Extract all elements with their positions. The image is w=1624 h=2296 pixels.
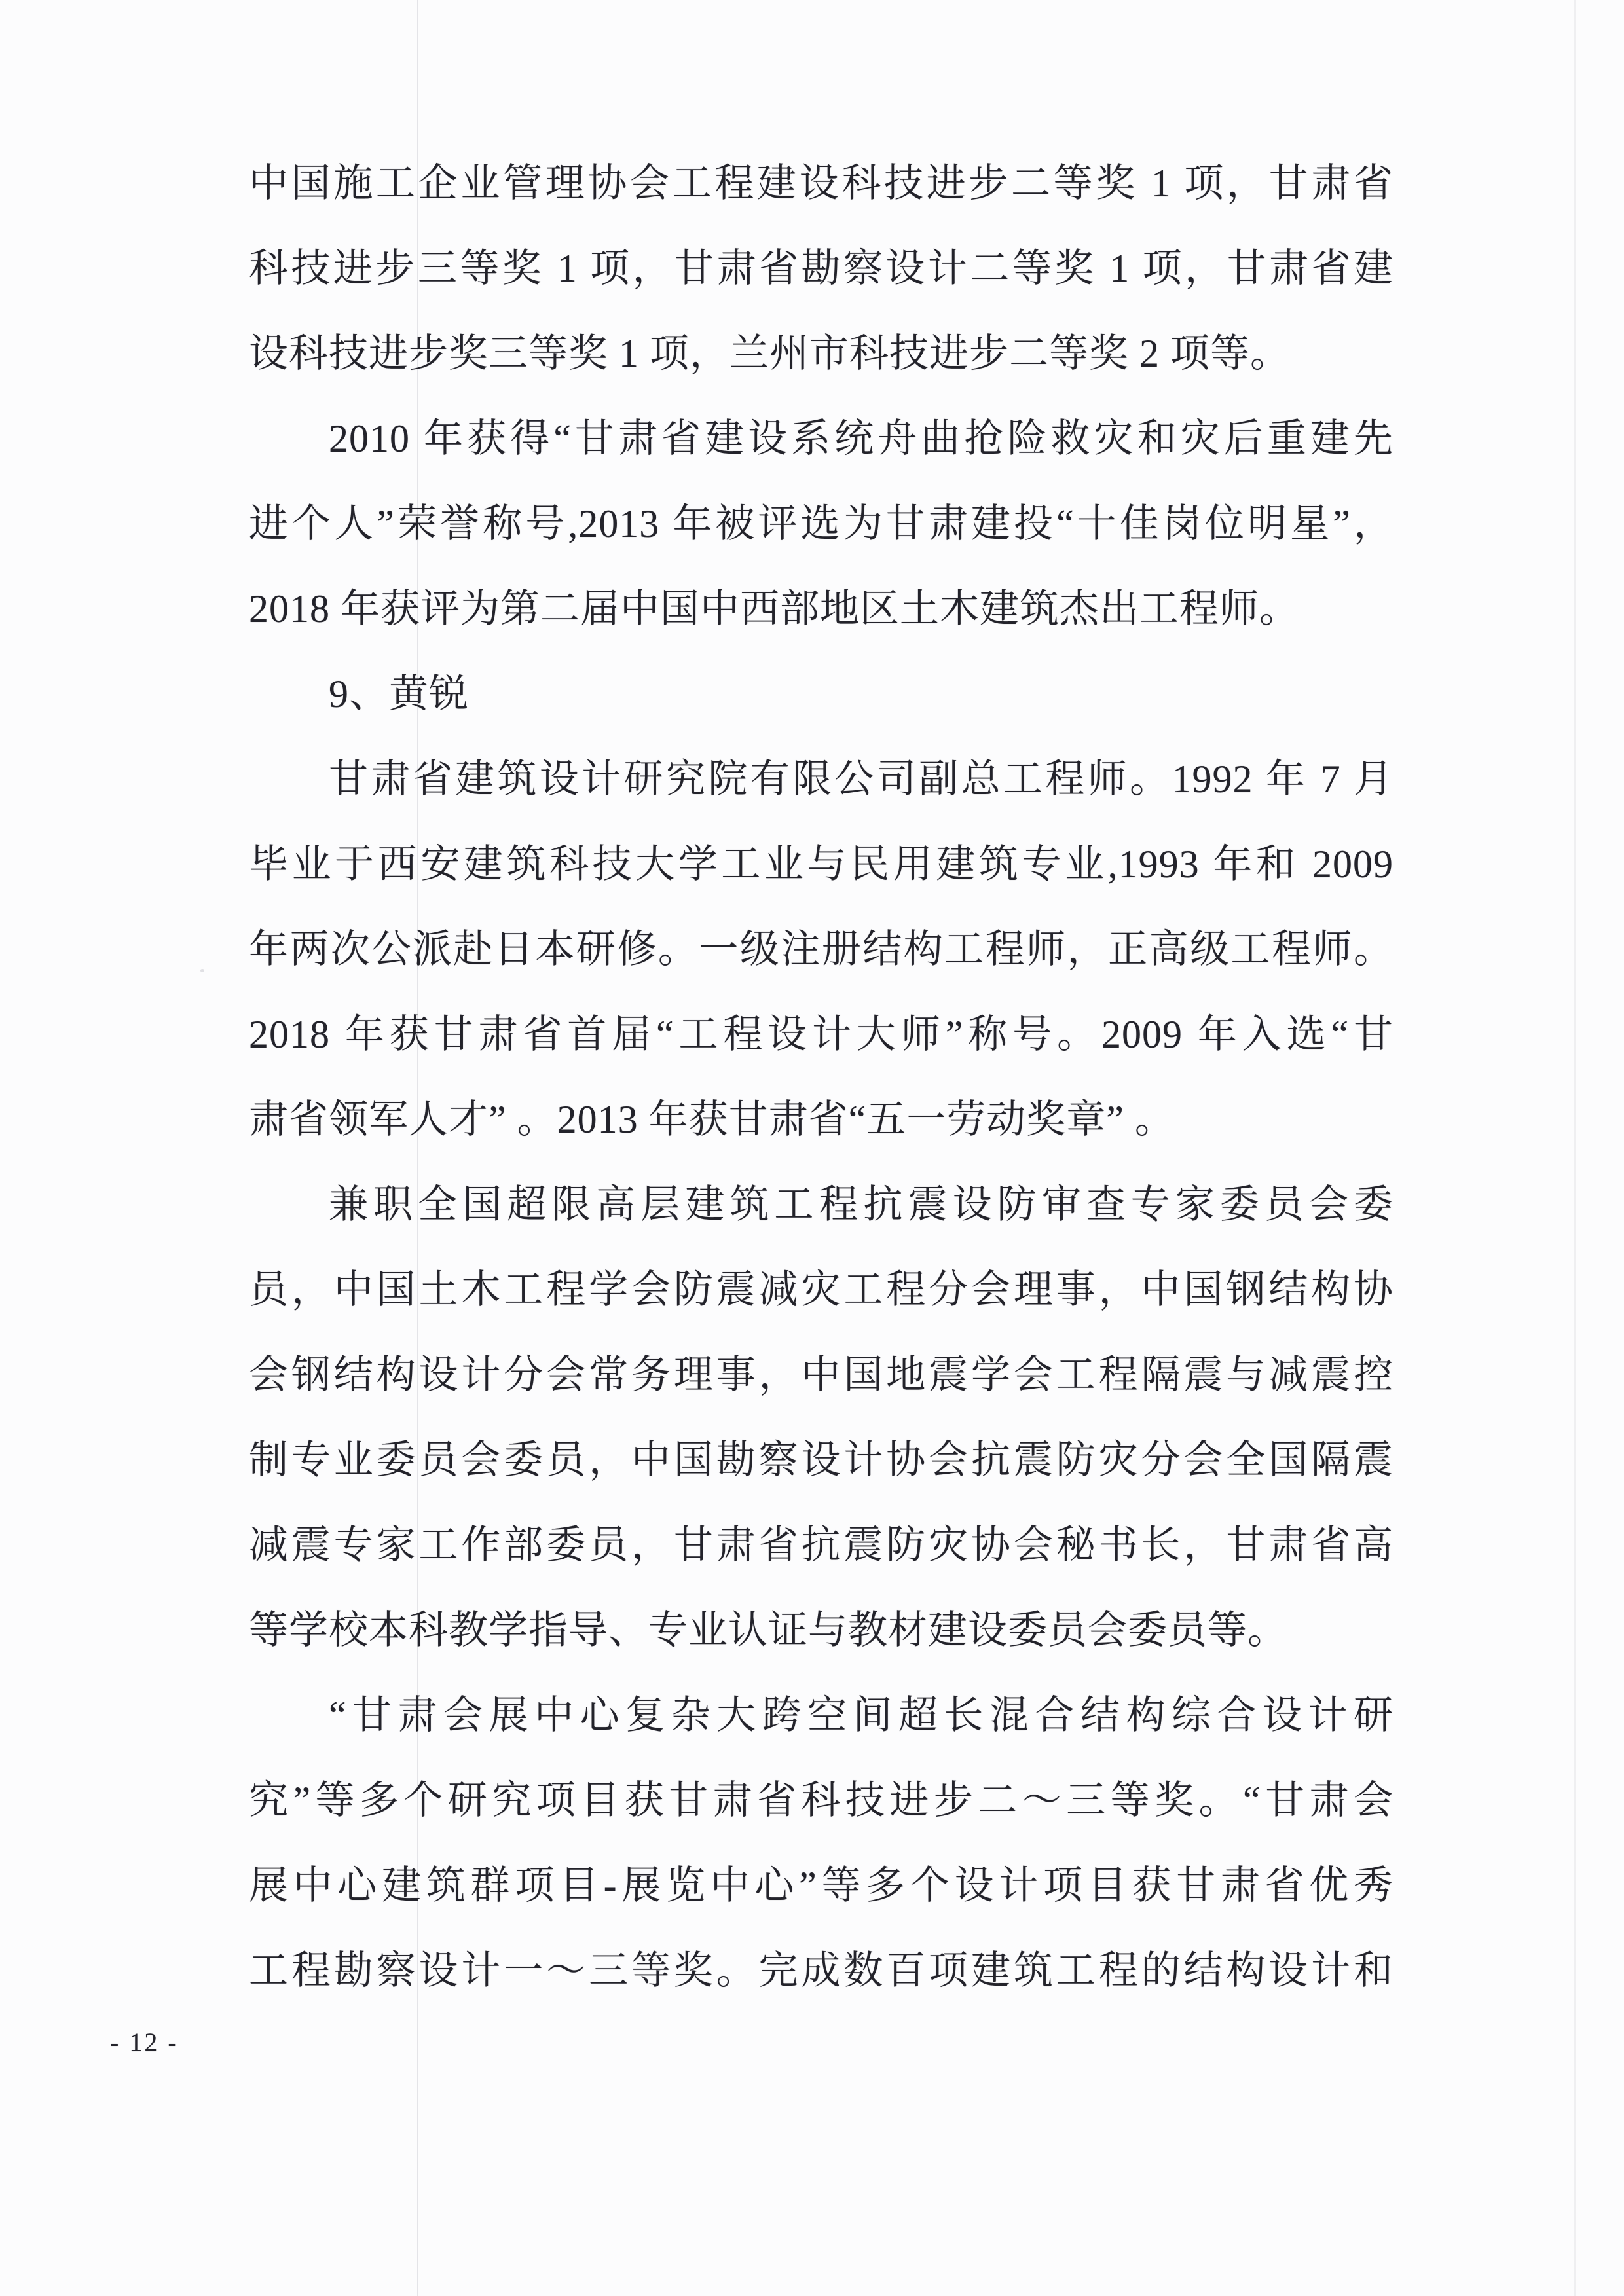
text-line: 员，中国土木工程学会防震减灾工程分会理事，中国钢结构协: [249, 1247, 1393, 1332]
text-line: 科技进步三等奖 1 项，甘肃省勘察设计二等奖 1 项，甘肃省建: [249, 226, 1393, 311]
text-line: 2018 年获甘肃省首届“工程设计大师”称号。2009 年入选“甘: [249, 992, 1393, 1077]
text-line: 工程勘察设计一～三等奖。完成数百项建筑工程的结构设计和: [249, 1928, 1393, 2013]
text-line: 制专业委员会委员，中国勘察设计协会抗震防灾分会全国隔震: [249, 1417, 1393, 1503]
text-line: 等学校本科教学指导、专业认证与教材建设委员会委员等。: [249, 1588, 1393, 1673]
text-line: 进个人”荣誉称号,2013 年被评选为甘肃建投“十佳岗位明星”，: [249, 481, 1393, 566]
text-line: 年两次公派赴日本研修。一级注册结构工程师，正高级工程师。: [249, 907, 1393, 992]
text-line: 展中心建筑群项目-展览中心”等多个设计项目获甘肃省优秀: [249, 1843, 1393, 1928]
text-line: 兼职全国超限高层建筑工程抗震设防审查专家委员会委: [249, 1162, 1393, 1247]
page-number: - 12 -: [110, 2023, 179, 2062]
text-line: 会钢结构设计分会常务理事，中国地震学会工程隔震与减震控: [249, 1332, 1393, 1417]
scan-artifact-line-right: [1574, 0, 1576, 2296]
text-line: 中国施工企业管理协会工程建设科技进步二等奖 1 项，甘肃省: [249, 141, 1393, 226]
text-line: 甘肃省建筑设计研究院有限公司副总工程师。1992 年 7 月: [249, 737, 1393, 822]
text-line: “甘肃会展中心复杂大跨空间超长混合结构综合设计研: [249, 1673, 1393, 1758]
text-line: 肃省领军人才” 。2013 年获甘肃省“五一劳动奖章” 。: [249, 1077, 1393, 1162]
paragraph: “甘肃会展中心复杂大跨空间超长混合结构综合设计研究”等多个研究项目获甘肃省科技进…: [249, 1673, 1393, 2013]
document-page: 中国施工企业管理协会工程建设科技进步二等奖 1 项，甘肃省科技进步三等奖 1 项…: [0, 0, 1624, 2296]
text-line: 9、黄锐: [249, 651, 1393, 737]
text-line: 2018 年获评为第二届中国中西部地区土木建筑杰出工程师。: [249, 566, 1393, 651]
paragraph: 兼职全国超限高层建筑工程抗震设防审查专家委员会委员，中国土木工程学会防震减灾工程…: [249, 1162, 1393, 1673]
text-line: 毕业于西安建筑科技大学工业与民用建筑专业,1993 年和 2009: [249, 822, 1393, 907]
text-line: 减震专家工作部委员，甘肃省抗震防灾协会秘书长，甘肃省高: [249, 1503, 1393, 1588]
scan-speck: [200, 969, 204, 972]
text-line: 究”等多个研究项目获甘肃省科技进步二～三等奖。“甘肃会: [249, 1758, 1393, 1843]
paragraph: 甘肃省建筑设计研究院有限公司副总工程师。1992 年 7 月毕业于西安建筑科技大…: [249, 737, 1393, 1162]
text-line: 2010 年获得“甘肃省建设系统舟曲抢险救灾和灾后重建先: [249, 396, 1393, 481]
paragraph: 2010 年获得“甘肃省建设系统舟曲抢险救灾和灾后重建先进个人”荣誉称号,201…: [249, 396, 1393, 651]
paragraph: 中国施工企业管理协会工程建设科技进步二等奖 1 项，甘肃省科技进步三等奖 1 项…: [249, 141, 1393, 396]
paragraph: 9、黄锐: [249, 651, 1393, 737]
text-line: 设科技进步奖三等奖 1 项，兰州市科技进步二等奖 2 项等。: [249, 311, 1393, 396]
text-block: 中国施工企业管理协会工程建设科技进步二等奖 1 项，甘肃省科技进步三等奖 1 项…: [249, 141, 1393, 2013]
